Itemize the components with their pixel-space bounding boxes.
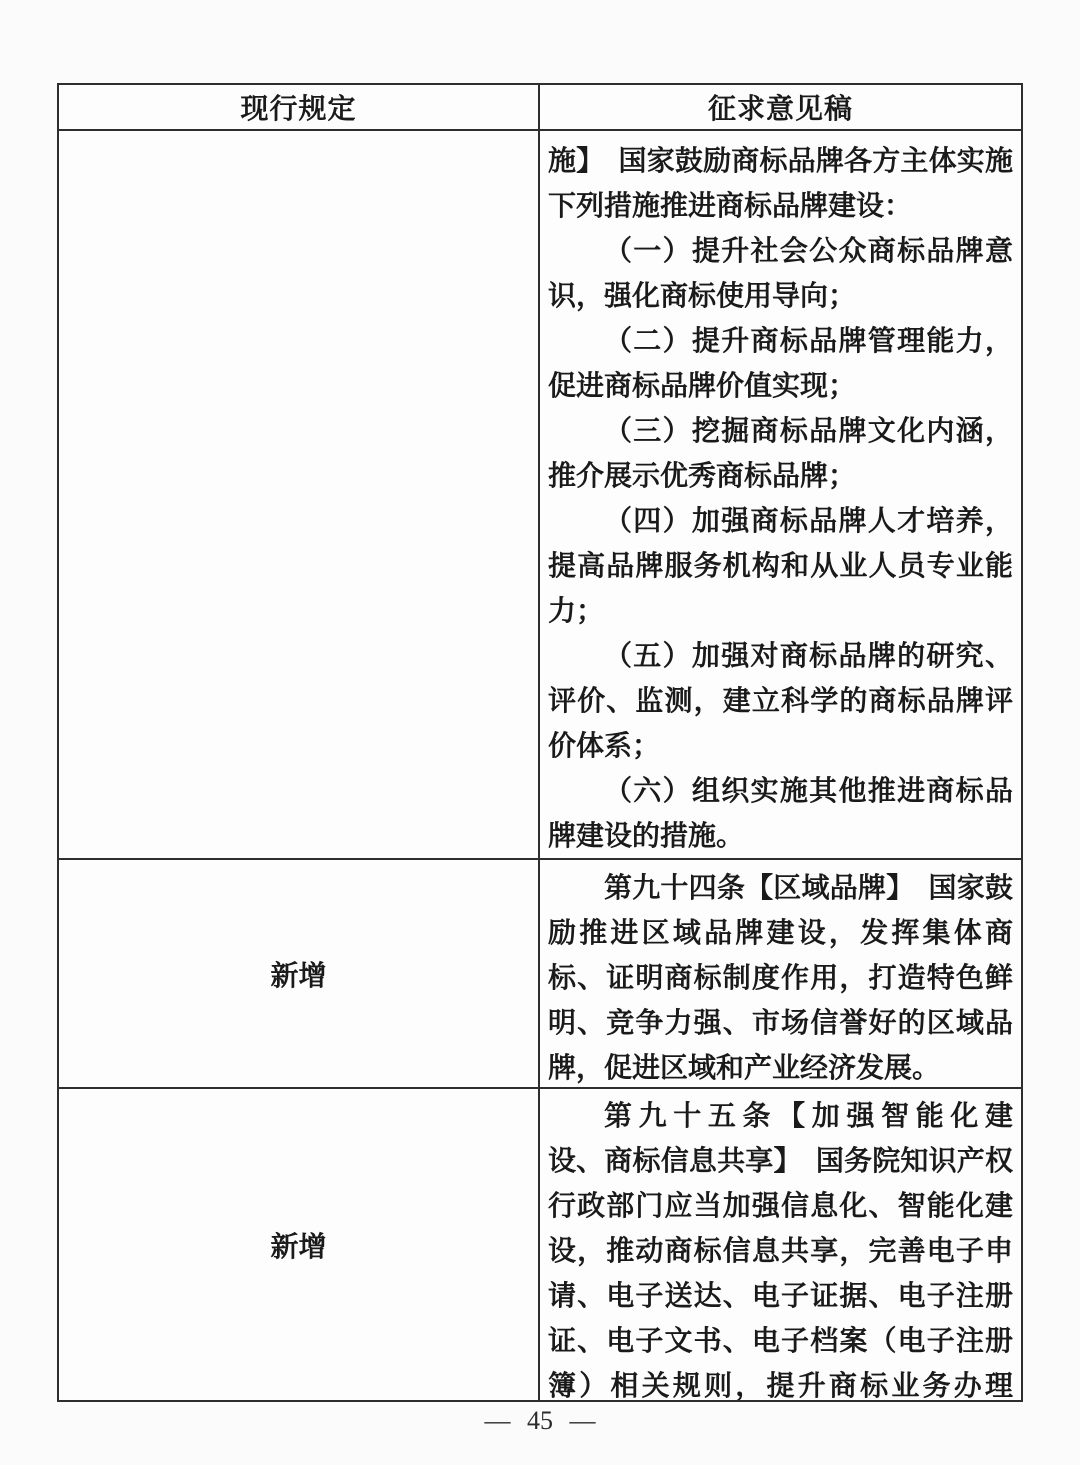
column-header-draft-for-comments: 征求意见稿 <box>540 85 1021 131</box>
new-addition-label: 新增 <box>270 954 326 994</box>
cell-row3-current-new-addition: 新增 <box>59 1089 540 1400</box>
column-header-draft-for-comments-label: 征求意见稿 <box>708 87 853 127</box>
draft-paragraph-item-4: （四）加强商标品牌人才培养，提高品牌服务机构和从业人员专业能力； <box>548 498 1013 633</box>
comparison-table: 现行规定 征求意见稿 施】 国家鼓励商标品牌各方主体实施下列措施推进商标品牌建设… <box>57 83 1023 1402</box>
draft-paragraph-item-6: （六）组织实施其他推进商标品牌建设的措施。 <box>548 768 1013 858</box>
article-95-title-part: 第九十五条【加强智能化建 <box>604 1100 1013 1131</box>
draft-paragraph-continuation: 施】 国家鼓励商标品牌各方主体实施下列措施推进商标品牌建设： <box>548 138 1013 228</box>
draft-paragraph-item-2: （二）提升商标品牌管理能力，促进商标品牌价值实现； <box>548 318 1013 408</box>
new-addition-label: 新增 <box>270 1225 326 1265</box>
draft-paragraph-item-1: （一）提升社会公众商标品牌意识，强化商标使用导向； <box>548 228 1013 318</box>
cell-row2-current-new-addition: 新增 <box>59 860 540 1089</box>
draft-paragraph-article-95: 第九十五条【加强智能化建 设、商标信息共享】 国务院知识产权行政部门应当加强信息… <box>548 1093 1013 1400</box>
cell-row1-draft-text: 施】 国家鼓励商标品牌各方主体实施下列措施推进商标品牌建设： （一）提升社会公众… <box>540 131 1021 860</box>
article-95-body-part: 设、商标信息共享】 国务院知识产权行政部门应当加强信息化、智能化建设，推动商标信… <box>548 1145 1013 1400</box>
cell-row1-current-empty <box>59 131 540 860</box>
column-header-current-regulations-label: 现行规定 <box>240 87 356 127</box>
draft-paragraph-article-94: 第九十四条【区域品牌】 国家鼓励推进区域品牌建设，发挥集体商标、证明商标制度作用… <box>548 865 1013 1089</box>
page-number: — 45 — <box>0 1406 1080 1436</box>
column-header-current-regulations: 现行规定 <box>59 85 540 131</box>
cell-row2-draft-text: 第九十四条【区域品牌】 国家鼓励推进区域品牌建设，发挥集体商标、证明商标制度作用… <box>540 860 1021 1089</box>
document-page: 现行规定 征求意见稿 施】 国家鼓励商标品牌各方主体实施下列措施推进商标品牌建设… <box>0 0 1080 1465</box>
draft-paragraph-item-5: （五）加强对商标品牌的研究、评价、监测，建立科学的商标品牌评价体系； <box>548 633 1013 768</box>
cell-row3-draft-text: 第九十五条【加强智能化建 设、商标信息共享】 国务院知识产权行政部门应当加强信息… <box>540 1089 1021 1400</box>
draft-paragraph-item-3: （三）挖掘商标品牌文化内涵，推介展示优秀商标品牌； <box>548 408 1013 498</box>
